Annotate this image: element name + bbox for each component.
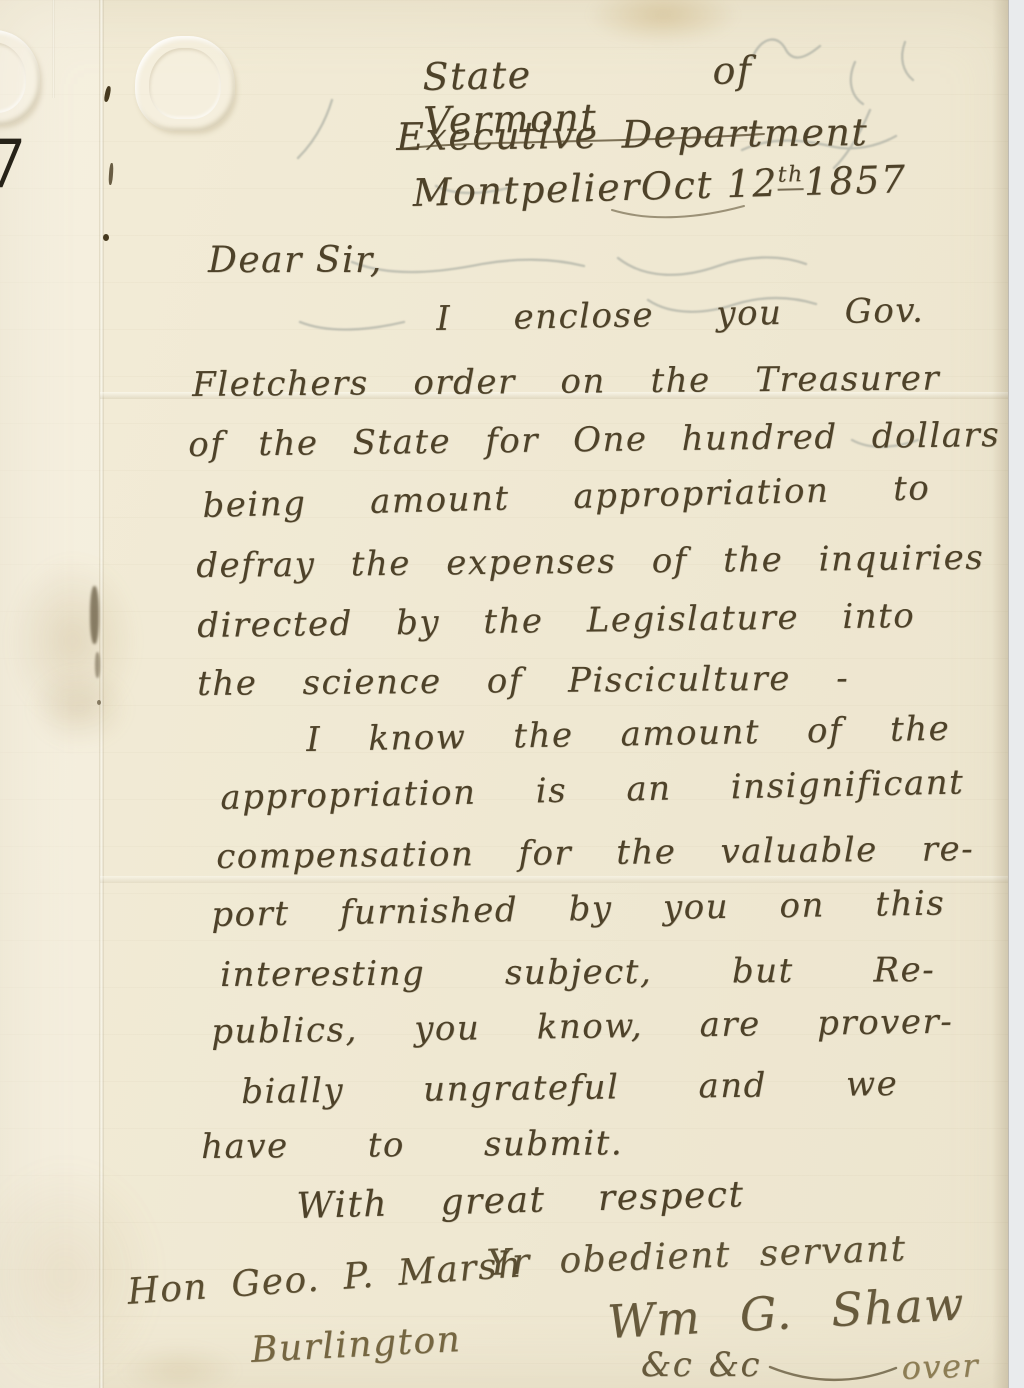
stain: [120, 1345, 240, 1388]
body-line: publics, you know, are prover-: [211, 1003, 953, 1052]
embossed-seal-inner: [149, 48, 221, 119]
letterhead-place: Montpelier: [412, 166, 641, 216]
date-ordinal: th: [777, 162, 804, 191]
ink-smudge: [90, 586, 99, 644]
body-line: I enclose you Gov.: [436, 291, 925, 339]
letter-page: 7 State of Vermont Executive Department …: [0, 0, 1024, 1388]
closing-servant-line: Yr obedient servant: [486, 1228, 907, 1284]
body-line: the science of Pisciculture -: [197, 659, 849, 704]
embossed-seal: [135, 36, 235, 131]
fold-crease-horizontal: [100, 876, 1008, 883]
page-number-fragment: 7: [0, 126, 28, 194]
stain: [30, 668, 130, 748]
ink-speck: [97, 700, 101, 705]
paper-edge-shadow: [992, 0, 1008, 1388]
body-line: being amount appropriation to: [202, 469, 931, 526]
body-line: compensation for the valuable re-: [216, 830, 974, 877]
salutation: Dear Sir,: [208, 240, 383, 281]
ink-speck: [103, 86, 111, 103]
etcetera-note: &c &c: [641, 1346, 761, 1385]
scan-edge-strip: [1008, 0, 1024, 1388]
stain: [588, 0, 738, 44]
letterhead-dateline: Montpelier Oct 12th1857: [412, 158, 905, 215]
body-line: Fletchers order on the Treasurer: [192, 359, 940, 405]
body-line: appropriation is an insignificant: [220, 763, 965, 818]
closing-valediction: With great respect: [296, 1174, 745, 1227]
body-line: I know the amount of the: [306, 710, 951, 760]
body-line: have to submit.: [201, 1124, 623, 1167]
body-line: of the State for One hundred dollars: [188, 416, 1000, 465]
recipient-place: Burlington: [250, 1319, 470, 1372]
body-line: interesting subject, but Re-: [220, 951, 935, 995]
signature: Wm G. Shaw: [606, 1277, 966, 1349]
body-line: port furnished by you on this: [211, 884, 946, 935]
letterhead-dept-line: Executive Department: [396, 111, 868, 160]
letterhead-date: Oct 12th1857: [640, 158, 907, 209]
ink-speck: [103, 234, 109, 241]
embossed-seal-inner: [0, 42, 26, 113]
body-line: bially ungrateful and we: [241, 1065, 898, 1112]
over-note: over: [901, 1347, 980, 1386]
recipient-line: Hon Geo. P. Marsh: [126, 1244, 524, 1313]
ink-smudge: [95, 652, 100, 678]
fold-crease-vertical-short: [52, 0, 55, 98]
body-line: defray the expenses of the inquiries: [196, 539, 984, 586]
ink-speck: [108, 163, 114, 185]
body-line: directed by the Legislature into: [197, 597, 915, 646]
